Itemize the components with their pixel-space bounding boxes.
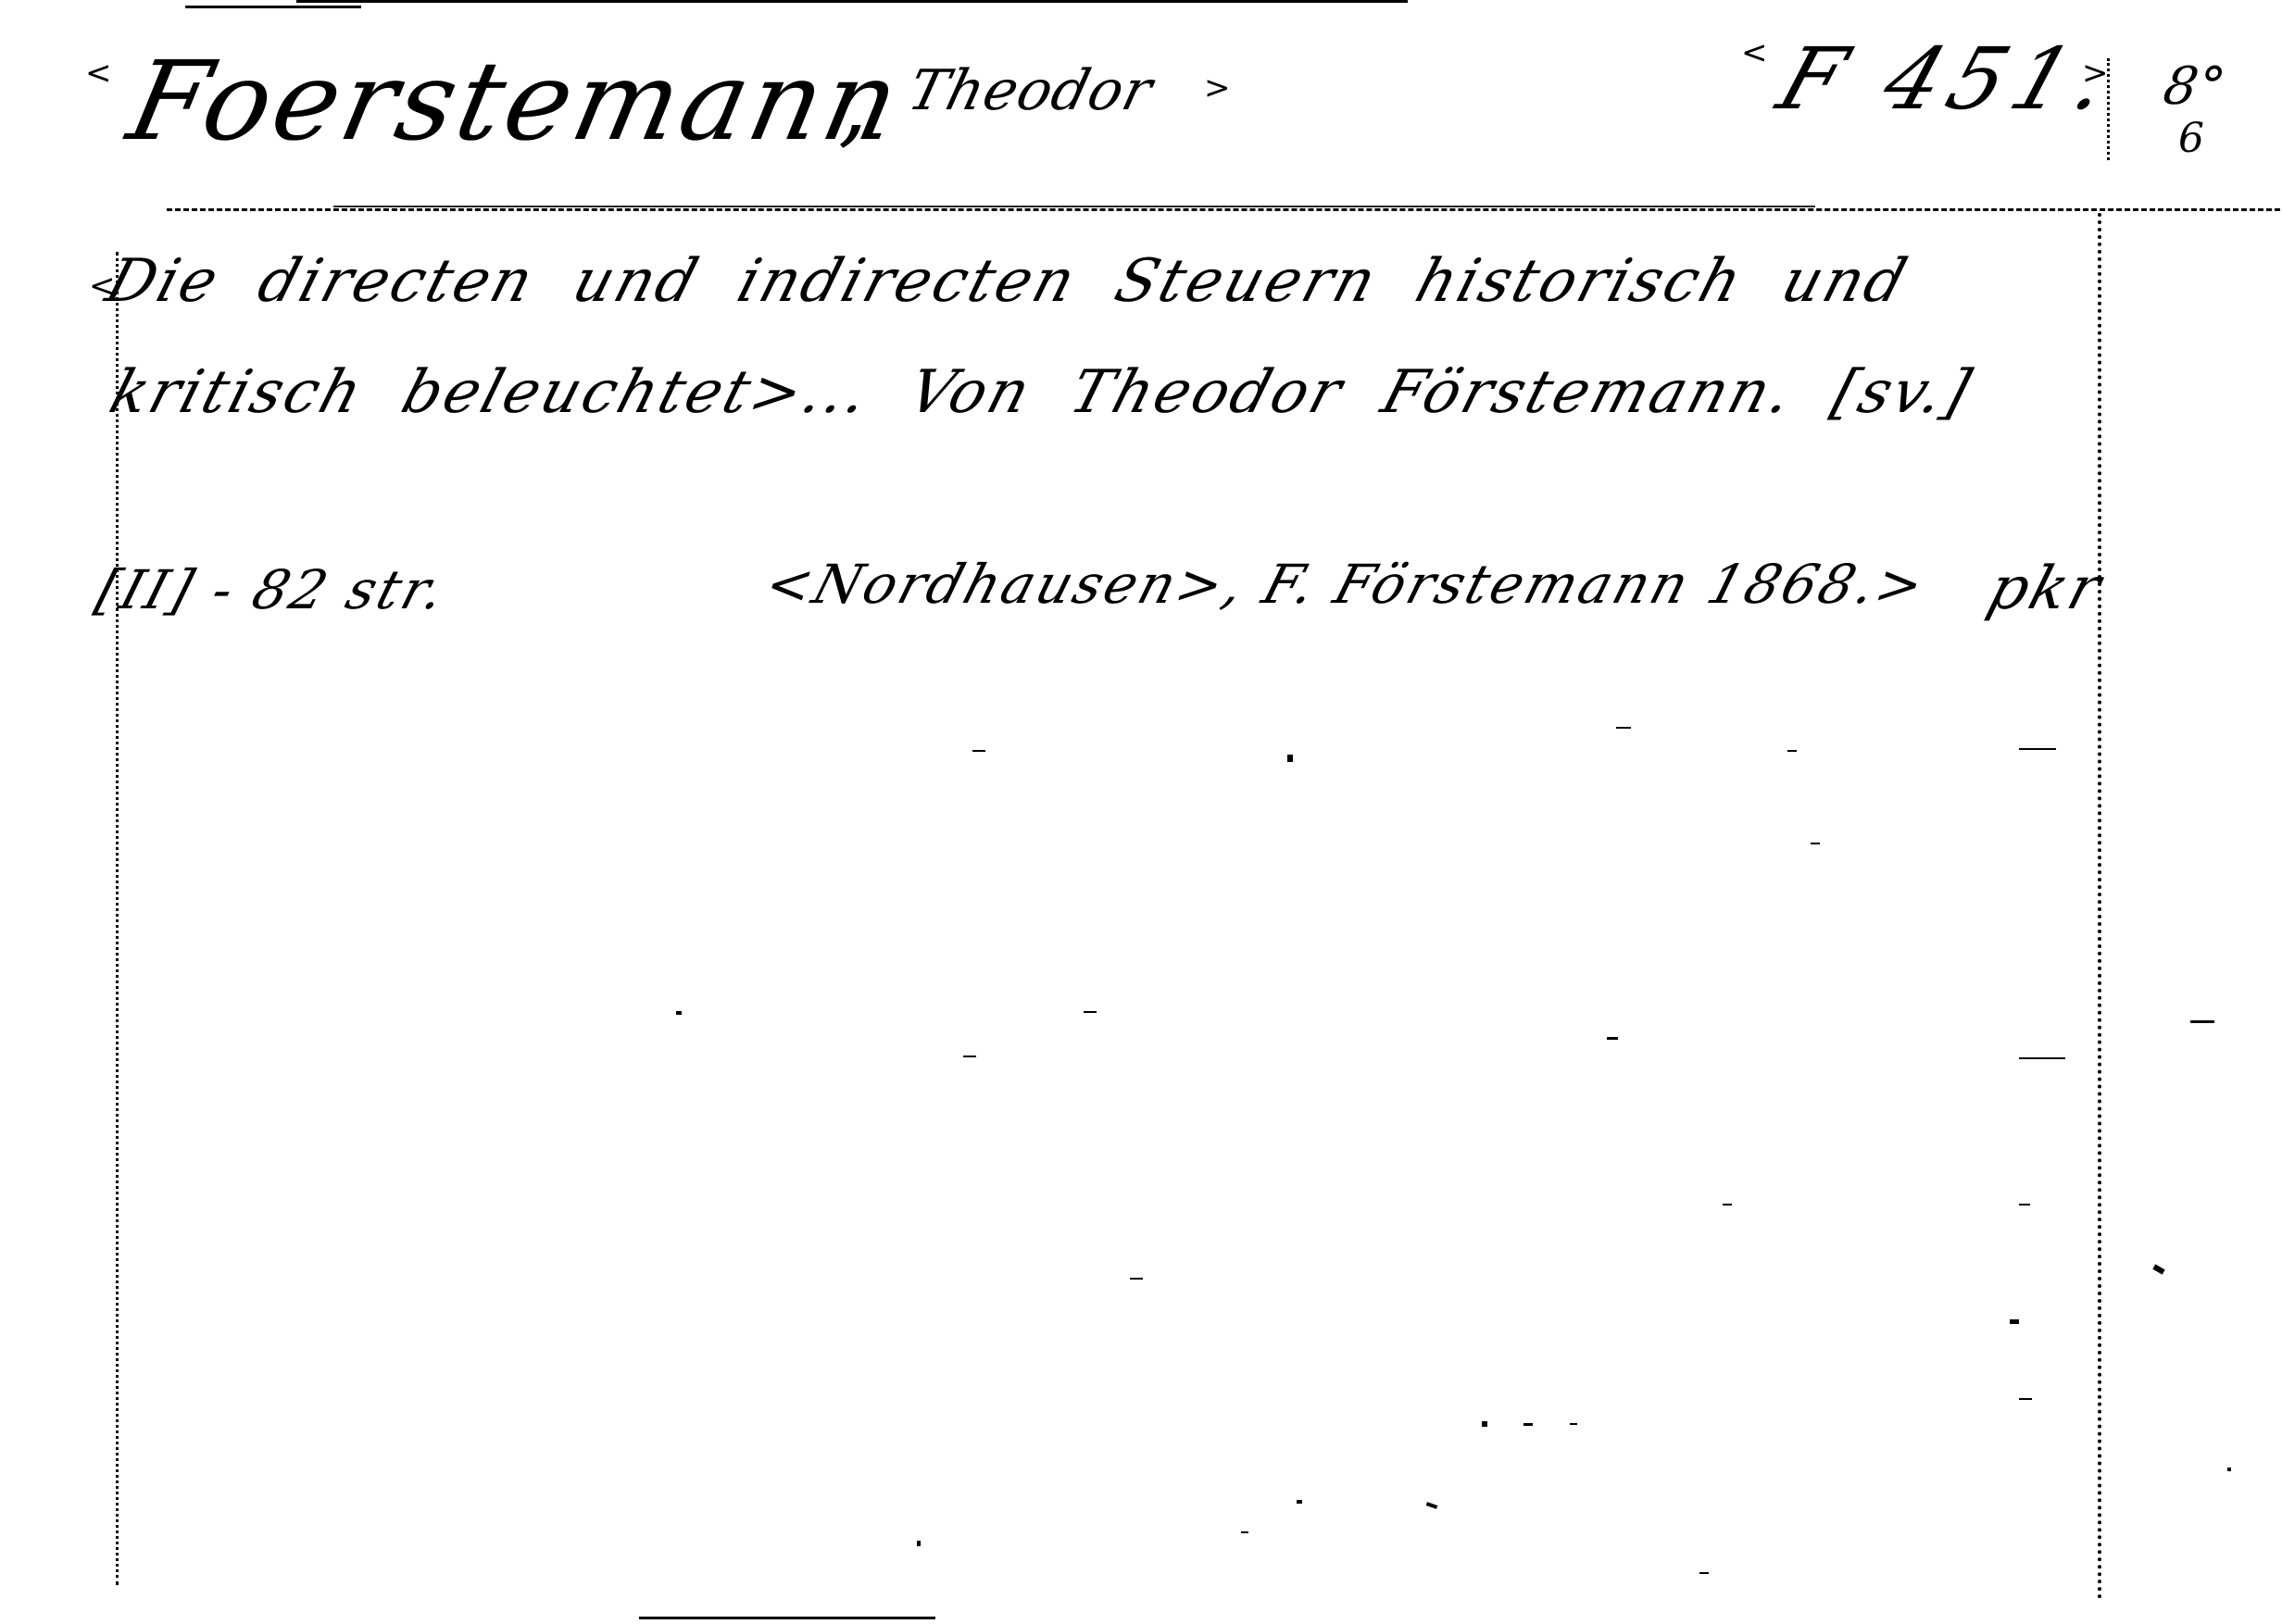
format-sub-mark: 6	[2178, 119, 2205, 159]
imprint: <Nordhausen>, F. Förstemann 1868.>	[759, 557, 1933, 611]
heading-divider	[167, 208, 2282, 211]
scan-speck	[1723, 1204, 1732, 1206]
top-edge-rule-short	[185, 6, 361, 8]
call-number-separator	[2107, 58, 2110, 160]
title-line-1: Die directen und indirecten Steuern hist…	[100, 252, 1915, 311]
scan-speck	[1699, 1572, 1709, 1574]
call-number-close-mark: >	[2082, 57, 2109, 89]
heading-surname: Foerstemann	[120, 46, 911, 156]
call-number: F 451.	[1769, 37, 2128, 122]
scan-speck	[1130, 1278, 1143, 1280]
scan-speck	[972, 750, 985, 752]
format-size: 8°	[2160, 61, 2230, 113]
top-edge-rule	[296, 0, 1408, 3]
scan-speck	[963, 1056, 976, 1057]
left-margin-border	[116, 252, 119, 1585]
heading-given-name: Theodor	[903, 63, 1158, 119]
scan-speck	[2152, 1264, 2164, 1274]
scan-speck	[1570, 1423, 1577, 1425]
scan-speck	[1426, 1502, 1438, 1509]
call-number-open-mark: <	[1741, 37, 1768, 69]
scan-speck	[1482, 1421, 1487, 1427]
heading-open-mark: <	[85, 57, 112, 89]
catalog-card: < Foerstemann , Theodor > < F 451. > 8° …	[0, 0, 2282, 1624]
scan-speck	[2019, 1057, 2065, 1059]
heading-close-mark: >	[1204, 72, 1231, 104]
bottom-edge-rule	[639, 1617, 935, 1619]
scan-speck	[1287, 755, 1293, 762]
scan-speck	[1616, 727, 1631, 729]
scan-speck	[2019, 1204, 2030, 1206]
right-margin-border	[2098, 213, 2101, 1600]
scan-speck	[1811, 843, 1820, 844]
collation-pages: [II] - 82 str.	[91, 563, 453, 617]
scan-speck	[2227, 1468, 2231, 1471]
scan-speck	[2010, 1319, 2019, 1324]
scan-speck	[917, 1541, 921, 1546]
scan-speck	[1787, 750, 1797, 752]
heading-comma: ,	[838, 57, 869, 150]
scan-speck	[676, 1011, 682, 1015]
heading-divider-solid	[333, 206, 1815, 207]
scan-speck	[2019, 748, 2056, 750]
scan-speck	[1523, 1423, 1533, 1426]
scan-speck	[2019, 1398, 2032, 1400]
title-line-2: kritisch beleuchtet>... Von Theodor Förs…	[104, 363, 1979, 422]
scan-speck	[1241, 1531, 1248, 1533]
scan-speck	[2190, 1020, 2214, 1023]
cataloger-initials: pkr	[1982, 559, 2110, 618]
scan-speck	[1084, 1011, 1097, 1013]
scan-speck	[1297, 1500, 1302, 1504]
scan-speck	[1607, 1037, 1618, 1040]
